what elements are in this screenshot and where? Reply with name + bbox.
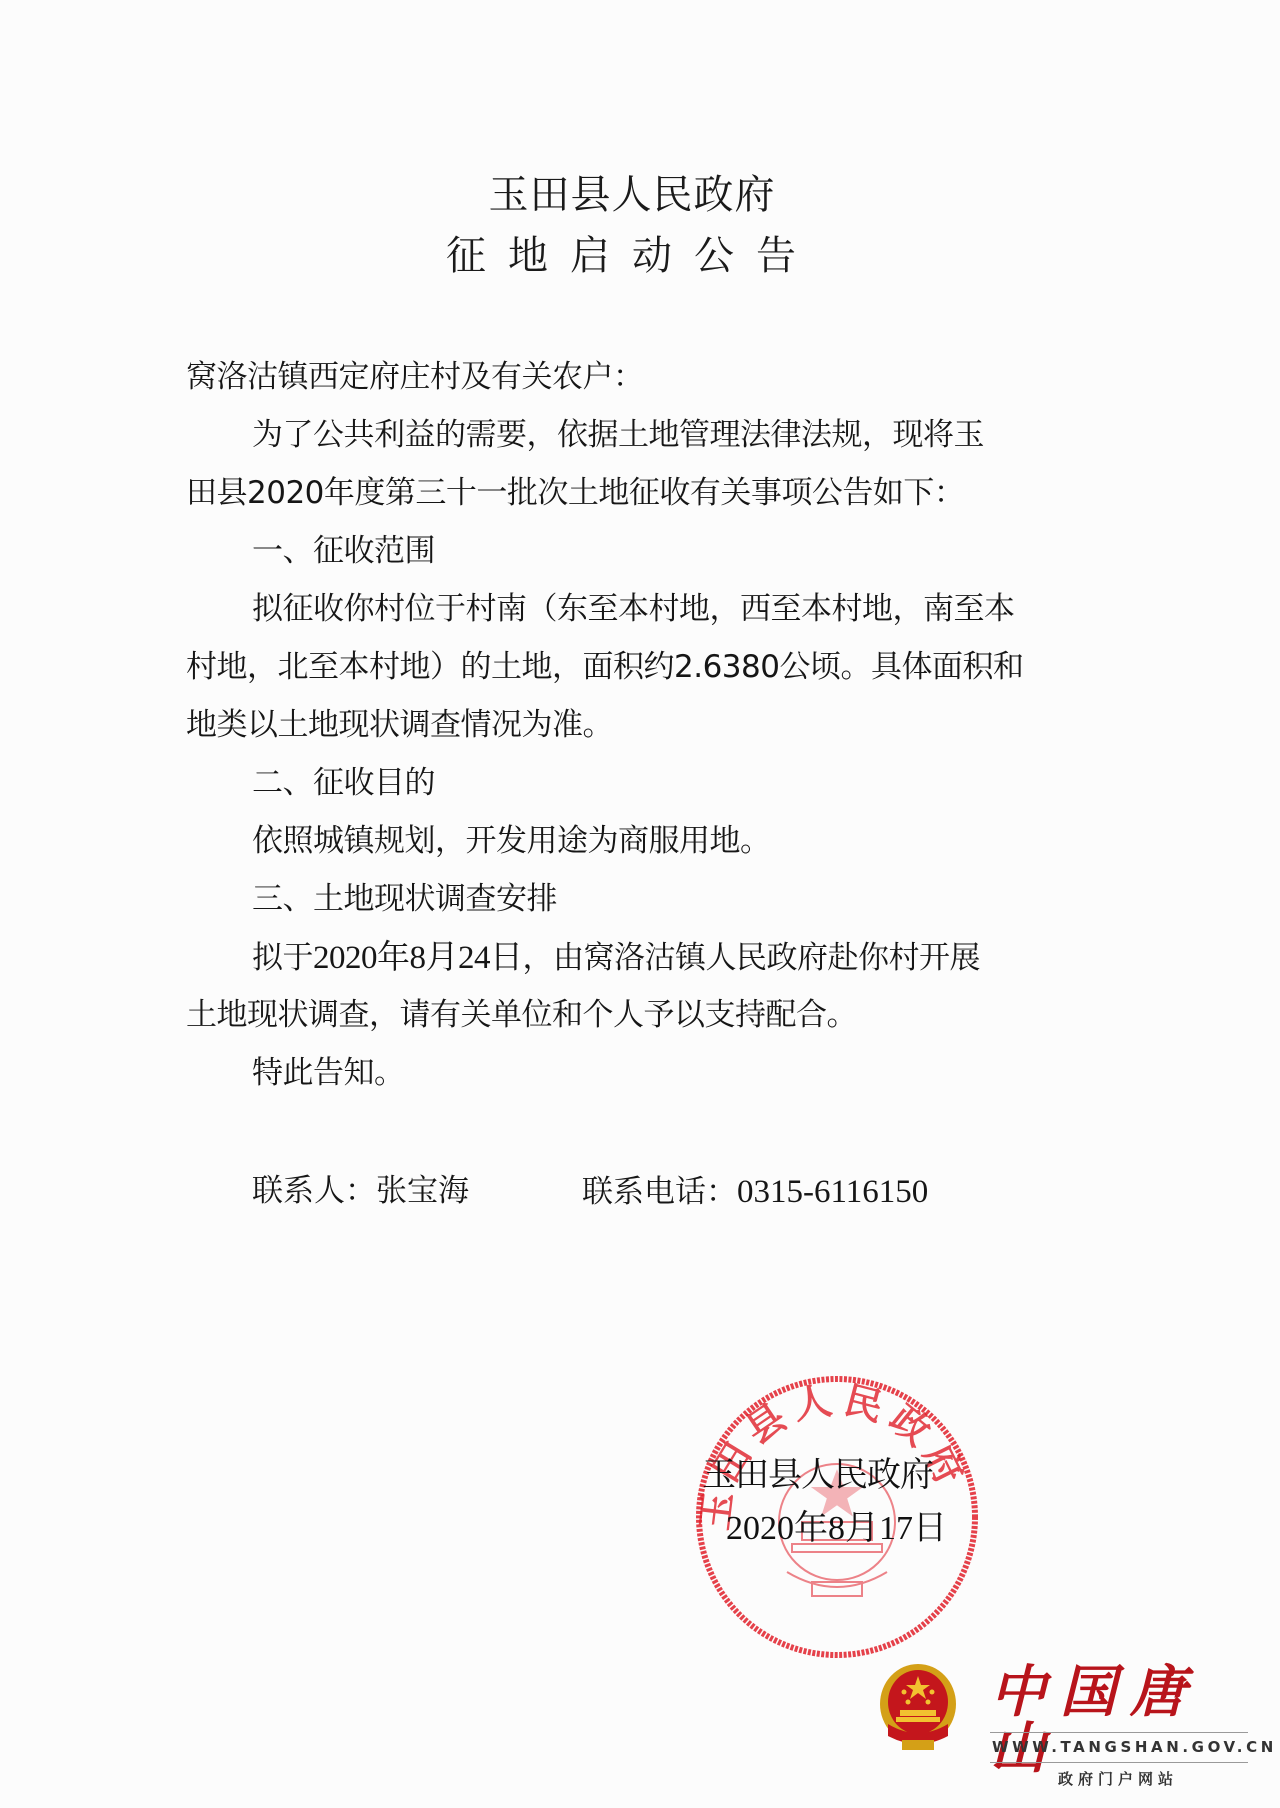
purpose-line-1: 依照城镇规划，开发用途为商服用地。 <box>252 826 771 857</box>
signature-date: 2020年8月17日 <box>726 1512 947 1546</box>
intro-year: 2020 <box>247 475 324 511</box>
section-heading-survey: 三、土地现状调查安排 <box>252 884 557 915</box>
tangshan-gov-logo[interactable]: 中国唐山 WWW.TANGSHAN.GOV.CN 政府门户网站 <box>878 1650 1258 1800</box>
logo-divider-top <box>990 1732 1248 1733</box>
survey-line-1-post: ，由窝洛沽镇人民政府赴你村开展 <box>523 940 981 976</box>
scope-line-1: 拟征收你村位于村南（东至本村地，西至本村地，南至本 <box>252 594 1015 625</box>
survey-line-1-pre: 拟于 <box>252 940 313 976</box>
intro-line-2-pre: 田县 <box>186 475 247 511</box>
survey-line-1: 拟于2020年8月24日，由窝洛沽镇人民政府赴你村开展 <box>252 942 980 975</box>
logo-title: 中国唐山 <box>990 1664 1258 1776</box>
section-heading-purpose: 二、征收目的 <box>252 768 435 799</box>
notice-title: 征地启动公告 <box>0 236 1272 276</box>
notice-page: 玉田县人民政府 征地启动公告 窝洛沽镇西定府庄村及有关农户： 为了公共利益的需要… <box>0 0 1280 1808</box>
intro-line-2: 田县2020年度第三十一批次土地征收有关事项公告如下： <box>186 478 964 509</box>
logo-url[interactable]: WWW.TANGSHAN.GOV.CN <box>992 1740 1277 1755</box>
contact-person-name: 张宝海 <box>376 1173 469 1209</box>
scope-line-2: 村地，北至本村地）的土地，面积约2.6380公顷。具体面积和 <box>186 652 1023 683</box>
addressee: 窝洛沽镇西定府庄村及有关农户： <box>186 362 644 393</box>
signature-organization: 玉田县人民政府 <box>702 1458 933 1492</box>
contact-phone-label: 联系电话： <box>582 1174 737 1210</box>
scope-line-3: 地类以土地现状调查情况为准。 <box>186 710 613 741</box>
logo-subtitle: 政府门户网站 <box>1058 1772 1178 1787</box>
national-emblem-icon <box>878 1662 958 1754</box>
section-heading-scope: 一、征收范围 <box>252 536 435 567</box>
intro-line-1: 为了公共利益的需要，依据土地管理法律法规，现将玉 <box>252 420 984 451</box>
survey-line-2: 土地现状调查，请有关单位和个人予以支持配合。 <box>186 1000 857 1031</box>
issuer-title: 玉田县人民政府 <box>0 175 1272 215</box>
contact-phone: 联系电话：0315-6116150 <box>582 1176 928 1209</box>
contact-person: 联系人：张宝海 <box>252 1176 469 1207</box>
contact-phone-number: 0315-6116150 <box>737 1174 928 1210</box>
contact-person-label: 联系人： <box>252 1173 376 1209</box>
survey-date: 2020年8月24日 <box>313 940 523 976</box>
intro-line-2-post: 年度第三十一批次土地征收有关事项公告如下： <box>324 475 965 511</box>
closing-text: 特此告知。 <box>252 1058 405 1089</box>
logo-divider-bottom <box>990 1762 1248 1763</box>
